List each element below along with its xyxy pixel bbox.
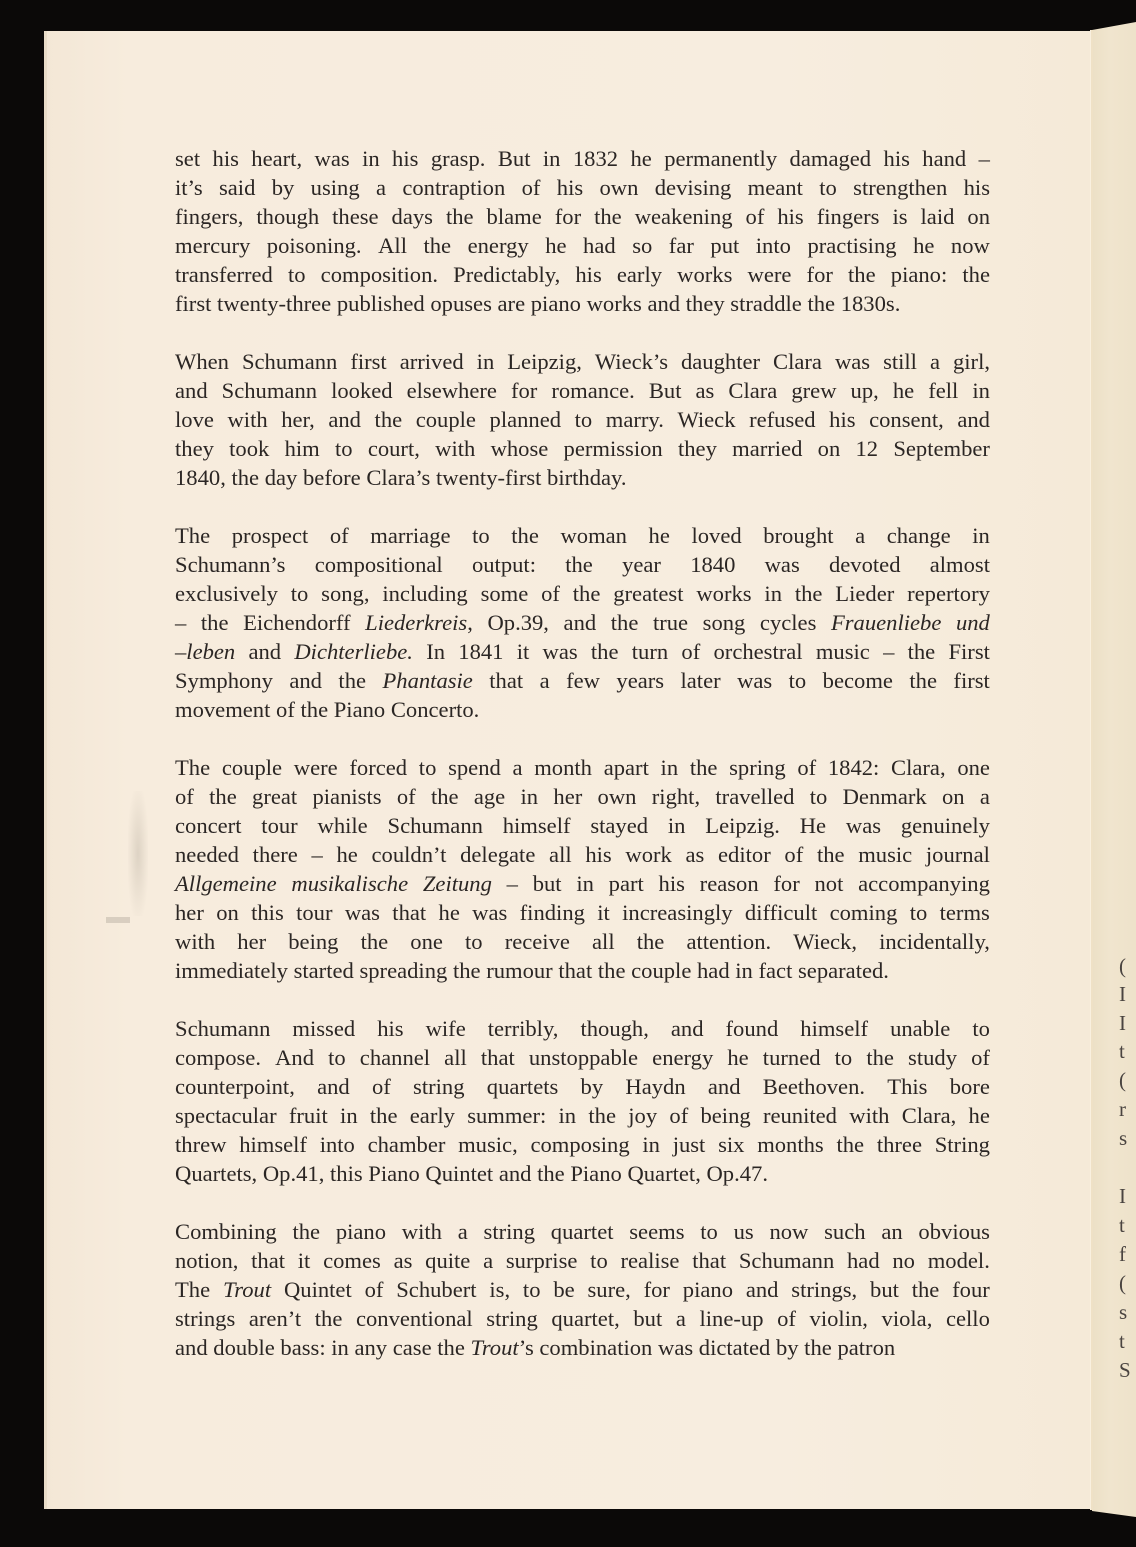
word: into <box>320 1132 355 1157</box>
word: accompanying <box>858 871 990 896</box>
italic-title-word: Liederkreis <box>365 610 467 635</box>
word: was <box>737 668 772 693</box>
word: in <box>559 1101 577 1130</box>
word: comes <box>323 1248 381 1273</box>
word: loved <box>691 521 741 550</box>
word: finding <box>520 900 585 925</box>
word: that <box>481 1045 515 1070</box>
word: put <box>710 231 739 260</box>
word: with <box>402 1217 442 1246</box>
word: to <box>419 753 437 782</box>
word: later <box>681 666 721 695</box>
word: his <box>829 407 855 432</box>
word: tour <box>296 900 332 925</box>
word: one <box>410 927 443 956</box>
word: – <box>507 869 518 898</box>
word: his <box>213 146 239 171</box>
word: change <box>887 521 951 550</box>
word: Leipzig, <box>507 347 582 376</box>
word: court, <box>368 436 420 461</box>
word: he <box>649 521 670 550</box>
word: couple <box>416 405 476 434</box>
word: cycles <box>760 610 816 635</box>
word: now <box>951 231 990 260</box>
word: being <box>700 1103 750 1128</box>
word: up, <box>851 378 879 403</box>
word: one <box>957 753 990 782</box>
word: marry. <box>606 405 664 434</box>
word: quartet, <box>551 1304 619 1333</box>
word: for <box>555 204 581 229</box>
word: no <box>892 1246 915 1275</box>
word: that <box>489 666 523 695</box>
word: music <box>858 842 912 867</box>
word: a <box>855 523 865 548</box>
word: first <box>953 668 989 693</box>
word: Clara <box>728 378 777 403</box>
word: three <box>877 1130 922 1159</box>
word: but <box>633 1306 662 1331</box>
word: the <box>338 666 366 695</box>
word: strengthen <box>853 173 947 202</box>
word: incidentally, <box>879 929 990 954</box>
word: and <box>746 1277 779 1302</box>
word: but <box>533 871 562 896</box>
word: for <box>511 378 537 403</box>
next-page-letter: t <box>1119 1041 1125 1062</box>
word: brought <box>763 523 833 548</box>
word: to <box>835 1045 853 1070</box>
word: Wieck’s <box>595 349 668 374</box>
word: Symphony <box>175 666 273 695</box>
word: and <box>317 1072 350 1101</box>
word: September <box>893 436 990 461</box>
word: And <box>275 1045 314 1070</box>
word: himself <box>800 1014 868 1043</box>
text-line: Theprospectofmarriagetothewomanhelovedbr… <box>175 521 990 550</box>
word: Schumann <box>222 376 317 405</box>
word: quartet, <box>551 1306 619 1331</box>
word: of <box>541 579 560 608</box>
word: Beethoven. <box>763 1074 865 1099</box>
word: that <box>489 668 523 693</box>
word: for <box>555 202 581 231</box>
word: Wieck <box>677 405 735 434</box>
word: Clara, <box>902 1101 957 1130</box>
word: genuinely <box>901 811 990 840</box>
word: grew <box>791 376 836 405</box>
word: and <box>957 407 990 432</box>
word: But <box>498 146 531 171</box>
book-page-right-sliver <box>1092 22 1136 1517</box>
word: and <box>328 405 361 434</box>
text-segment: ’s combination was dictated by the patro… <box>519 1335 895 1360</box>
word: composing <box>530 1132 629 1157</box>
word: of <box>971 1045 990 1070</box>
word: as <box>686 840 705 869</box>
word: to <box>465 927 483 956</box>
word: and <box>317 1074 350 1099</box>
word: that <box>692 1248 726 1273</box>
word: compositional <box>315 550 443 579</box>
word: aren’t <box>249 1306 301 1331</box>
word: violin, <box>810 1304 868 1333</box>
word: tour <box>261 811 297 840</box>
word: marriage <box>370 523 450 548</box>
word: including <box>382 579 467 608</box>
word: 1832 <box>573 146 618 171</box>
word: far <box>669 233 694 258</box>
word: he <box>893 376 914 405</box>
text-line: movement of the Piano Concerto. <box>175 695 990 724</box>
word: difficult <box>745 898 817 927</box>
word: to <box>291 581 309 606</box>
word: Eichendorff <box>243 610 351 635</box>
word: though <box>256 204 319 229</box>
paragraph: WhenSchumannfirstarrivedinLeipzig,Wieck’… <box>175 347 990 492</box>
word: was <box>765 550 800 579</box>
word: increasingly <box>622 900 732 925</box>
word: change <box>887 523 951 548</box>
word: was <box>835 349 870 374</box>
word: but <box>633 1304 662 1333</box>
word: String <box>935 1130 990 1159</box>
word: Clara <box>728 376 777 405</box>
word: a <box>483 1248 493 1273</box>
text-line: –lebenandDichterliebe.In1841itwastheturn… <box>175 637 990 666</box>
text-line: stringsaren’ttheconventionalstringquarte… <box>175 1304 990 1333</box>
word: in <box>521 784 539 809</box>
word: himself <box>239 1132 307 1157</box>
word: The <box>175 1275 210 1304</box>
word: days <box>392 202 433 231</box>
word: his <box>213 144 239 173</box>
word: the <box>611 610 639 635</box>
word: transferred <box>175 262 273 287</box>
word: devising <box>655 175 732 200</box>
word: all <box>592 929 615 954</box>
word: editor <box>718 842 771 867</box>
word: chamber <box>368 1132 446 1157</box>
text-line: andSchumannlookedelsewhereforromance.But… <box>175 376 990 405</box>
text-line: mercurypoisoning.Alltheenergyhehadsofarp… <box>175 231 990 260</box>
word: All <box>378 233 407 258</box>
word: String <box>935 1132 990 1157</box>
word: devoted <box>829 552 901 577</box>
word: be <box>553 1277 574 1302</box>
word: notion, <box>175 1246 238 1275</box>
next-page-letter: t <box>1119 1331 1125 1352</box>
word: in <box>576 871 594 896</box>
word: pianists <box>312 784 381 809</box>
word: Leipzig. <box>705 813 780 838</box>
word: he <box>337 840 358 869</box>
word: said <box>219 173 255 202</box>
word: his <box>659 871 685 896</box>
word: months <box>757 1132 824 1157</box>
text-line: threwhimselfintochambermusic,composingin… <box>175 1130 990 1159</box>
word: his <box>829 405 855 434</box>
word: of <box>784 840 803 869</box>
word: a <box>676 1304 686 1333</box>
word: editor <box>718 840 771 869</box>
text-line: notion,thatitcomesasquiteasurprisetoreal… <box>175 1246 990 1275</box>
word: obvious <box>918 1217 990 1246</box>
word: the <box>431 784 459 809</box>
word: this <box>251 900 284 925</box>
paragraph: Theprospectofmarriagetothewomanhelovedbr… <box>175 521 990 724</box>
word: music, <box>458 1130 518 1159</box>
word: him <box>285 436 320 461</box>
word: compose. <box>175 1043 261 1072</box>
word: of <box>330 521 349 550</box>
word: in <box>972 376 990 405</box>
word: to <box>910 900 928 925</box>
word: of <box>784 842 803 867</box>
word: und <box>956 608 990 637</box>
word: to <box>419 755 437 780</box>
word: an <box>881 1217 902 1246</box>
word: song, <box>321 579 369 608</box>
word: – <box>175 610 186 635</box>
word: his <box>377 1016 403 1041</box>
word: himself <box>800 1016 868 1041</box>
word: is <box>892 202 907 231</box>
word: works <box>677 262 732 287</box>
word: Quintet <box>284 1275 352 1304</box>
word: a <box>376 175 386 200</box>
word: and <box>289 666 322 695</box>
word: he <box>969 1103 990 1128</box>
word: girl, <box>953 347 990 376</box>
word: us <box>734 1219 754 1244</box>
word: while <box>318 813 368 838</box>
word: that <box>481 1043 515 1072</box>
word: a <box>376 173 386 202</box>
word: on <box>818 434 841 463</box>
word: piano <box>683 1277 733 1302</box>
word: Lieder <box>835 581 894 606</box>
word: strings <box>175 1306 235 1331</box>
word: romance. <box>551 378 634 403</box>
word: woman <box>560 521 627 550</box>
word: Denmark <box>843 784 927 809</box>
word: The <box>175 755 210 780</box>
word: the <box>573 581 601 606</box>
text-line: and double bass: in any case the Trout’s… <box>175 1333 990 1362</box>
word: he <box>439 900 460 925</box>
word: Beethoven. <box>763 1072 865 1101</box>
word: the <box>431 782 459 811</box>
text-line: compose.Andtochannelallthatunstoppableen… <box>175 1043 990 1072</box>
word: aren’t <box>249 1304 301 1333</box>
word: the <box>836 1130 864 1159</box>
word: coming <box>830 900 898 925</box>
word: missed <box>292 1016 355 1041</box>
word: right, <box>652 782 700 811</box>
word: her <box>553 782 582 811</box>
word: laid <box>921 202 955 231</box>
word: some <box>481 581 529 606</box>
word: by <box>272 173 295 202</box>
italic-title-word: Allgemeine <box>175 871 277 896</box>
word: prospect <box>232 523 309 548</box>
word: that <box>251 1246 285 1275</box>
word: into <box>320 1130 355 1159</box>
word: obvious <box>918 1219 990 1244</box>
body-text: sethisheart,wasinhisgrasp.Butin1832heper… <box>175 144 990 1391</box>
word: counterpoint, <box>175 1074 295 1099</box>
word: but <box>533 869 562 898</box>
word: the <box>361 927 389 956</box>
word: 1832 <box>573 144 618 173</box>
word: his <box>377 1014 403 1043</box>
word: to <box>288 260 306 289</box>
next-page-letter: ( <box>1119 1273 1126 1294</box>
word: of <box>777 1304 796 1333</box>
word: in <box>642 1130 660 1159</box>
word: song <box>703 608 746 637</box>
word: the <box>315 1304 343 1333</box>
word: terribly, <box>488 1014 559 1043</box>
word: to <box>810 782 828 811</box>
word: a <box>458 1219 468 1244</box>
word: years <box>616 666 664 695</box>
word: in <box>668 813 686 838</box>
word: still <box>883 347 917 376</box>
text-line: Schumann’scompositionaloutput:theyear184… <box>175 550 990 579</box>
word: as <box>394 1246 413 1275</box>
word: took <box>229 434 269 463</box>
word: surprise <box>506 1246 578 1275</box>
word: year <box>622 550 661 579</box>
word: contraption <box>402 173 505 202</box>
word: Liederkreis, <box>365 608 473 637</box>
word: to <box>819 175 837 200</box>
word: he <box>545 233 566 258</box>
word: poisoning. <box>267 233 362 258</box>
word: was <box>315 146 350 171</box>
word: greatest <box>613 579 683 608</box>
word: for <box>644 1275 670 1304</box>
next-page-letter: r <box>1119 1099 1126 1120</box>
word: quartets <box>487 1074 559 1099</box>
word: his <box>585 840 611 869</box>
word: into <box>756 233 791 258</box>
word: fell <box>928 378 958 403</box>
word: to <box>810 784 828 809</box>
word: stayed <box>590 813 648 838</box>
word: When <box>175 349 229 374</box>
word: to <box>465 929 483 954</box>
word: This <box>887 1074 927 1099</box>
word: the <box>908 639 936 664</box>
word: model. <box>928 1246 990 1275</box>
text-segment: immediately started spreading the rumour… <box>175 958 889 983</box>
word: turn <box>632 639 668 664</box>
word: in <box>340 1103 358 1128</box>
text-segment: and double bass: in any case the <box>175 1335 471 1360</box>
text-line: counterpoint,andofstringquartetsbyHaydna… <box>175 1072 990 1101</box>
word: fell <box>928 376 958 405</box>
page-fold-line <box>1090 30 1093 1510</box>
word: spring <box>729 755 785 780</box>
word: coming <box>830 898 898 927</box>
text-line: –theEichendorffLiederkreis,Op.39,andthet… <box>175 608 990 637</box>
word: in <box>362 146 380 171</box>
word: threw <box>175 1132 226 1157</box>
word: sure, <box>587 1277 630 1302</box>
word: he <box>893 378 914 403</box>
word: the <box>292 1219 320 1244</box>
word: were <box>748 260 792 289</box>
word: now <box>951 233 990 258</box>
word: the <box>909 668 937 693</box>
word: of <box>777 1306 796 1331</box>
word: but <box>870 1275 899 1304</box>
word: the <box>565 550 593 579</box>
word: –leben <box>175 637 235 666</box>
word: his <box>557 173 583 202</box>
word: great <box>252 784 297 809</box>
word: the <box>848 262 876 287</box>
word: fingers, <box>175 202 243 231</box>
word: wife <box>426 1014 466 1043</box>
word: Clara, <box>891 755 946 780</box>
word: cycles <box>760 608 816 637</box>
word: accompanying <box>858 869 990 898</box>
word: forced <box>349 753 407 782</box>
word: the <box>962 262 990 287</box>
paragraph: Combiningthepianowithastringquartetseems… <box>175 1217 990 1362</box>
word: spring <box>729 753 785 782</box>
word: was <box>846 813 881 838</box>
word: was <box>543 637 578 666</box>
word: quartet <box>551 1217 614 1246</box>
word: the <box>370 1103 398 1128</box>
word: the <box>588 1103 616 1128</box>
word: energy <box>468 231 529 260</box>
word: that <box>392 898 426 927</box>
word: with <box>402 1219 442 1244</box>
word: on <box>216 900 239 925</box>
word: delegate <box>460 840 535 869</box>
word: grasp. <box>431 144 486 173</box>
word: This <box>887 1072 927 1101</box>
word: the <box>690 753 718 782</box>
word: study <box>908 1045 957 1070</box>
text-line: WhenSchumannfirstarrivedinLeipzig,Wieck’… <box>175 347 990 376</box>
word: travelled <box>715 782 794 811</box>
word: of <box>397 784 416 809</box>
word: practising <box>807 233 896 258</box>
word: 1842: <box>828 753 879 782</box>
word: string <box>484 1217 535 1246</box>
word: consent, <box>869 407 944 432</box>
word: some <box>481 579 529 608</box>
word: was <box>846 811 881 840</box>
word: damaged <box>790 146 872 171</box>
scanned-book-spread: (IIt(rsItf(stS sethisheart,wasinhisgrasp… <box>0 0 1136 1547</box>
word: of <box>365 1275 384 1304</box>
word: own <box>598 784 637 809</box>
text-line: concerttourwhileSchumannhimselfstayedinL… <box>175 811 990 840</box>
word: counterpoint, <box>175 1072 295 1101</box>
word: travelled <box>715 784 794 809</box>
word: the <box>795 579 823 608</box>
word: model. <box>928 1248 990 1273</box>
word: that <box>692 1246 726 1275</box>
